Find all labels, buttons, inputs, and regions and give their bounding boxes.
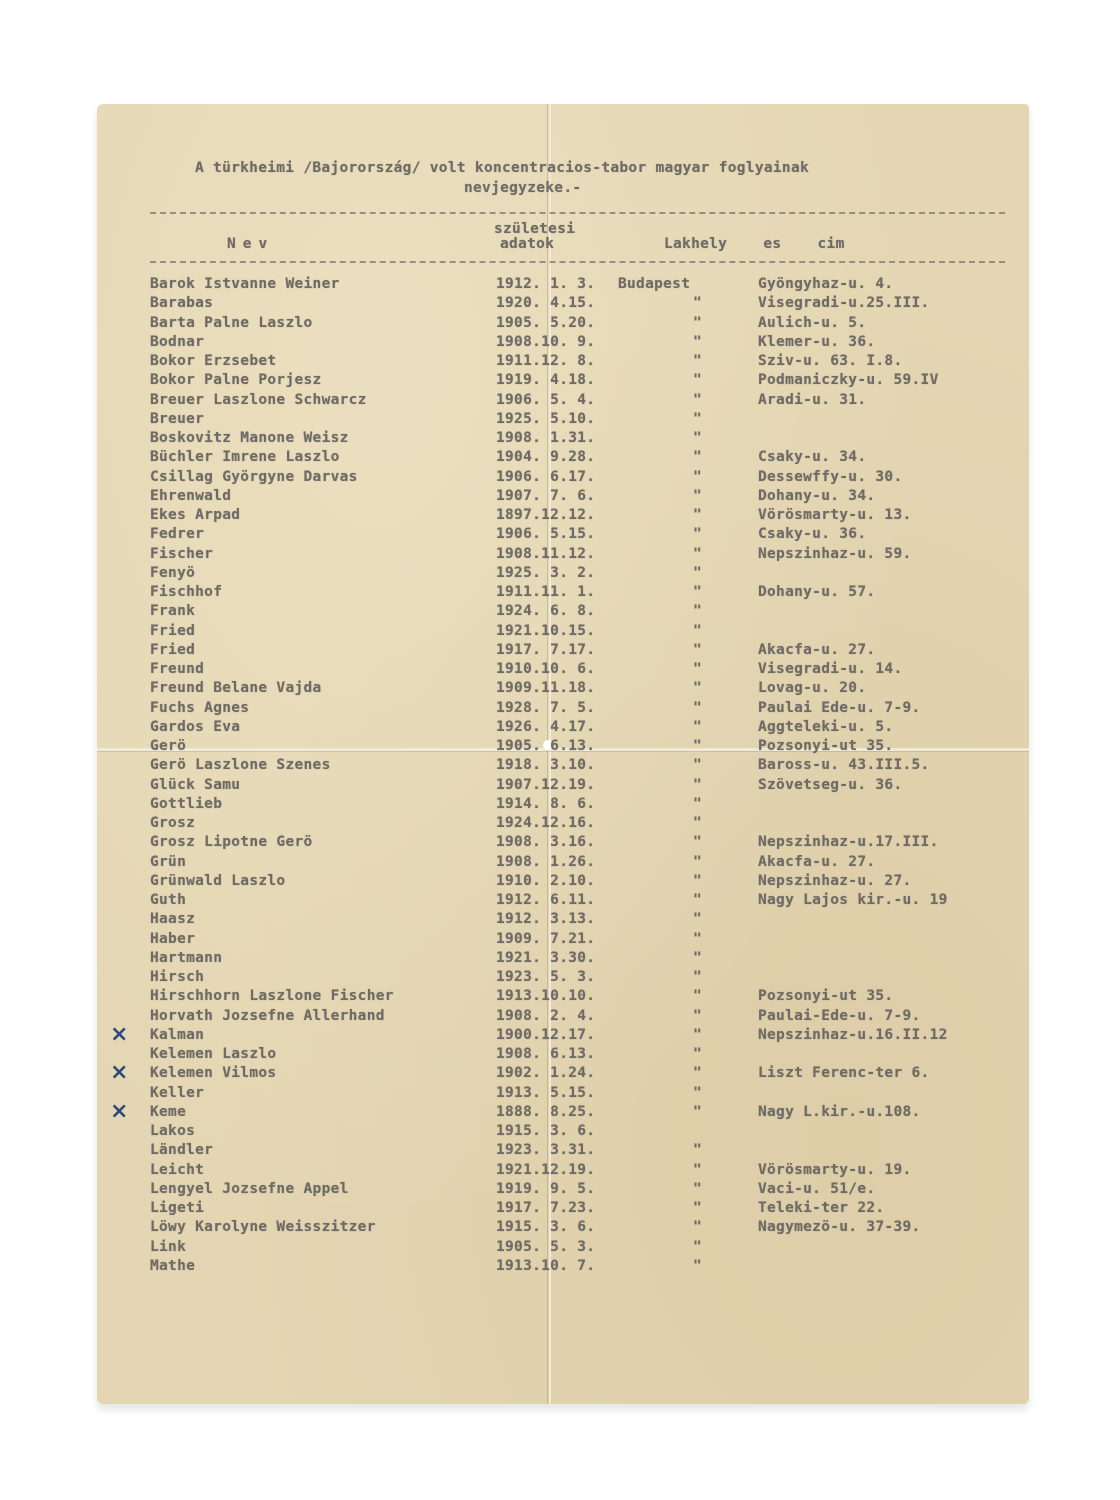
list-item-surname: Lakos — [150, 1123, 195, 1139]
list-item-street: Nepszinhaz-u. 27. — [758, 873, 912, 889]
list-item-birth-date: 1906. 5. 4. — [496, 392, 595, 408]
list-item-birth-date: 1908.10. 9. — [496, 334, 595, 350]
list-item-ditto-mark: " — [693, 642, 702, 658]
list-item-street: Paulai-Ede-u. 7-9. — [758, 1008, 921, 1024]
list-item-street: Csaky-u. 34. — [758, 449, 866, 465]
list-item-surname: Hirsch — [150, 969, 204, 985]
list-item-ditto-mark: " — [693, 507, 702, 523]
header-residence: Lakhely es cim — [664, 236, 845, 252]
list-item-birth-date: 1908. 1.26. — [496, 854, 595, 870]
list-item-birth-date: 1888. 8.25. — [496, 1104, 595, 1120]
list-item-birth-date: 1925. 5.10. — [496, 411, 595, 427]
list-item-ditto-mark: " — [693, 1200, 702, 1216]
list-item-surname: Lengyel Jozsefne Appel — [150, 1181, 349, 1197]
list-item-street: Nagymezö-u. 37-39. — [758, 1219, 921, 1235]
list-item-ditto-mark: " — [693, 777, 702, 793]
list-item-ditto-mark: " — [693, 488, 702, 504]
list-item-surname: Hartmann — [150, 950, 222, 966]
list-item-birth-date: 1912. 1. 3. — [496, 276, 595, 292]
list-item-street: Lovag-u. 20. — [758, 680, 866, 696]
list-item-birth-date: 1919. 4.18. — [496, 372, 595, 388]
list-item-surname: Bokor Palne Porjesz — [150, 372, 322, 388]
list-item-street: Podmaniczky-u. 59.IV — [758, 372, 939, 388]
handwritten-x-mark: × — [110, 1022, 128, 1047]
list-item-street: Vaci-u. 51/e. — [758, 1181, 875, 1197]
list-item-ditto-mark: " — [693, 469, 702, 485]
list-item-birth-date: 1897.12.12. — [496, 507, 595, 523]
list-item-birth-date: 1906. 5.15. — [496, 526, 595, 542]
list-item-surname: Guth — [150, 892, 186, 908]
list-item-street: Szövetseg-u. 36. — [758, 777, 902, 793]
list-item-ditto-mark: " — [693, 988, 702, 1004]
list-item-street: Dessewffy-u. 30. — [758, 469, 902, 485]
list-item-ditto-mark: " — [693, 796, 702, 812]
list-item-ditto-mark: " — [693, 584, 702, 600]
list-item-birth-date: 1912. 6.11. — [496, 892, 595, 908]
list-item-birth-date: 1913.10. 7. — [496, 1258, 595, 1274]
list-item-birth-date: 1928. 7. 5. — [496, 700, 595, 716]
list-item-street: Vörösmarty-u. 19. — [758, 1162, 912, 1178]
list-item-street: Aulich-u. 5. — [758, 315, 866, 331]
list-item-ditto-mark: " — [693, 969, 702, 985]
list-item-birth-date: 1911.11. 1. — [496, 584, 595, 600]
list-item-surname: Breuer — [150, 411, 204, 427]
list-item-birth-date: 1924. 6. 8. — [496, 603, 595, 619]
list-item-surname: Gardos Eva — [150, 719, 240, 735]
list-item-birth-date: 1915. 3. 6. — [496, 1219, 595, 1235]
list-item-birth-date: 1905. 5.20. — [496, 315, 595, 331]
list-item-street: Gyöngyhaz-u. 4. — [758, 276, 893, 292]
header-name: Nev — [227, 236, 274, 252]
list-item-birth-date: 1900.12.17. — [496, 1027, 595, 1043]
list-item-birth-date: 1913.10.10. — [496, 988, 595, 1004]
list-item-birth-date: 1908. 2. 4. — [496, 1008, 595, 1024]
list-item-surname: Freund Belane Vajda — [150, 680, 322, 696]
list-item-surname: Keme — [150, 1104, 186, 1120]
list-item-ditto-mark: " — [693, 1239, 702, 1255]
list-item-birth-date: 1907.12.19. — [496, 777, 595, 793]
list-item-ditto-mark: " — [693, 1219, 702, 1235]
list-item-surname: Gerö Laszlone Szenes — [150, 757, 331, 773]
list-item-surname: Ekes Arpad — [150, 507, 240, 523]
list-item-birth-date: 1921.12.19. — [496, 1162, 595, 1178]
list-item-birth-date: 1914. 8. 6. — [496, 796, 595, 812]
list-item-ditto-mark: " — [693, 372, 702, 388]
list-item-ditto-mark: " — [693, 1008, 702, 1024]
list-item-birth-date: 1923. 3.31. — [496, 1142, 595, 1158]
list-item-ditto-mark: " — [693, 449, 702, 465]
list-item-surname: Boskovitz Manone Weisz — [150, 430, 349, 446]
list-item-birth-date: 1921. 3.30. — [496, 950, 595, 966]
list-item-surname: Fischer — [150, 546, 213, 562]
list-item-surname: Fried — [150, 642, 195, 658]
header-birth-data: adatok — [500, 236, 554, 252]
list-item-surname: Ligeti — [150, 1200, 204, 1216]
list-item-street: Akacfa-u. 27. — [758, 854, 875, 870]
list-item-birth-date: 1902. 1.24. — [496, 1065, 595, 1081]
list-item-birth-date: 1904. 9.28. — [496, 449, 595, 465]
list-item-surname: Ländler — [150, 1142, 213, 1158]
list-item-surname: Fenyö — [150, 565, 195, 581]
list-item-birth-date: 1917. 7.23. — [496, 1200, 595, 1216]
list-item-ditto-mark: " — [693, 334, 702, 350]
list-item-ditto-mark: " — [693, 719, 702, 735]
list-item-ditto-mark: " — [693, 873, 702, 889]
list-item-street: Vörösmarty-u. 13. — [758, 507, 912, 523]
list-item-surname: Breuer Laszlone Schwarcz — [150, 392, 367, 408]
list-item-ditto-mark: " — [693, 661, 702, 677]
list-item-surname: Mathe — [150, 1258, 195, 1274]
list-item-ditto-mark: " — [693, 757, 702, 773]
list-item-surname: Kalman — [150, 1027, 204, 1043]
list-item-surname: Fuchs Agnes — [150, 700, 249, 716]
list-item-birth-date: 1909.11.18. — [496, 680, 595, 696]
list-item-surname: Frank — [150, 603, 195, 619]
list-item-birth-date: 1908. 1.31. — [496, 430, 595, 446]
list-item-street: Visegradi-u.25.III. — [758, 295, 930, 311]
list-item-street: Paulai Ede-u. 7-9. — [758, 700, 921, 716]
list-item-birth-date: 1906. 6.17. — [496, 469, 595, 485]
list-item-surname: Grünwald Laszlo — [150, 873, 285, 889]
handwritten-x-mark: × — [110, 1099, 128, 1124]
list-item-street: Nepszinhaz-u.17.III. — [758, 834, 939, 850]
list-item-surname: Fedrer — [150, 526, 204, 542]
list-item-ditto-mark: " — [693, 353, 702, 369]
list-item-surname: Hirschhorn Laszlone Fischer — [150, 988, 394, 1004]
list-item-street: Nagy L.kir.-u.108. — [758, 1104, 921, 1120]
list-item-birth-date: 1924.12.16. — [496, 815, 595, 831]
list-item-surname: Link — [150, 1239, 186, 1255]
list-item-street: Pozsonyi-ut 35. — [758, 738, 893, 754]
list-item-birth-date: 1910.10. 6. — [496, 661, 595, 677]
list-item-birth-date: 1905. 6.13. — [496, 738, 595, 754]
list-item-surname: Büchler Imrene Laszlo — [150, 449, 340, 465]
list-item-birth-date: 1908. 6.13. — [496, 1046, 595, 1062]
list-item-street: Liszt Ferenc-ter 6. — [758, 1065, 930, 1081]
list-item-surname: Csillag Györgyne Darvas — [150, 469, 358, 485]
list-item-ditto-mark: " — [693, 680, 702, 696]
list-item-ditto-mark: " — [693, 892, 702, 908]
list-item-city: Budapest — [618, 276, 690, 292]
list-item-surname: Gottlieb — [150, 796, 222, 812]
list-item-ditto-mark: " — [693, 546, 702, 562]
list-item-street: Aradi-u. 31. — [758, 392, 866, 408]
list-item-ditto-mark: " — [693, 854, 702, 870]
list-item-birth-date: 1921.10.15. — [496, 623, 595, 639]
header-rule-top — [150, 212, 1005, 214]
list-item-ditto-mark: " — [693, 1065, 702, 1081]
list-item-ditto-mark: " — [693, 1142, 702, 1158]
list-item-street: Baross-u. 43.III.5. — [758, 757, 930, 773]
list-item-surname: Freund — [150, 661, 204, 677]
list-item-birth-date: 1926. 4.17. — [496, 719, 595, 735]
list-item-street: Nepszinhaz-u.16.II.12 — [758, 1027, 948, 1043]
list-item-surname: Löwy Karolyne Weisszitzer — [150, 1219, 376, 1235]
list-item-ditto-mark: " — [693, 392, 702, 408]
list-item-surname: Haasz — [150, 911, 195, 927]
list-item-birth-date: 1905. 5. 3. — [496, 1239, 595, 1255]
list-item-street: Dohany-u. 57. — [758, 584, 875, 600]
list-item-birth-date: 1912. 3.13. — [496, 911, 595, 927]
list-item-ditto-mark: " — [693, 430, 702, 446]
list-item-surname: Glück Samu — [150, 777, 240, 793]
list-item-birth-date: 1913. 5.15. — [496, 1085, 595, 1101]
list-item-ditto-mark: " — [693, 931, 702, 947]
list-item-surname: Grün — [150, 854, 186, 870]
list-item-birth-date: 1919. 9. 5. — [496, 1181, 595, 1197]
list-item-surname: Kelemen Vilmos — [150, 1065, 276, 1081]
list-item-ditto-mark: " — [693, 1181, 702, 1197]
list-item-ditto-mark: " — [693, 623, 702, 639]
list-item-surname: Keller — [150, 1085, 204, 1101]
list-item-surname: Leicht — [150, 1162, 204, 1178]
list-item-birth-date: 1911.12. 8. — [496, 353, 595, 369]
list-item-surname: Fried — [150, 623, 195, 639]
list-item-surname: Bokor Erzsebet — [150, 353, 276, 369]
list-item-surname: Gerö — [150, 738, 186, 754]
list-item-birth-date: 1908. 3.16. — [496, 834, 595, 850]
list-item-birth-date: 1908.11.12. — [496, 546, 595, 562]
list-item-surname: Barok Istvanne Weiner — [150, 276, 340, 292]
list-item-street: Pozsonyi-ut 35. — [758, 988, 893, 1004]
list-item-birth-date: 1907. 7. 6. — [496, 488, 595, 504]
list-item-ditto-mark: " — [693, 411, 702, 427]
list-item-surname: Barta Palne Laszlo — [150, 315, 313, 331]
list-item-surname: Horvath Jozsefne Allerhand — [150, 1008, 385, 1024]
list-item-birth-date: 1917. 7.17. — [496, 642, 595, 658]
list-item-ditto-mark: " — [693, 295, 702, 311]
list-item-ditto-mark: " — [693, 1162, 702, 1178]
list-item-ditto-mark: " — [693, 738, 702, 754]
list-item-ditto-mark: " — [693, 1046, 702, 1062]
list-item-surname: Fischhof — [150, 584, 222, 600]
list-item-street: Dohany-u. 34. — [758, 488, 875, 504]
list-item-street: Aggteleki-u. 5. — [758, 719, 893, 735]
list-item-surname: Haber — [150, 931, 195, 947]
list-item-ditto-mark: " — [693, 526, 702, 542]
list-item-street: Visegradi-u. 14. — [758, 661, 902, 677]
list-item-ditto-mark: " — [693, 1104, 702, 1120]
header-rule-bottom — [150, 261, 1005, 263]
document-title-cont: nevjegyzeke.- — [464, 180, 581, 196]
list-item-birth-date: 1909. 7.21. — [496, 931, 595, 947]
list-item-ditto-mark: " — [693, 1085, 702, 1101]
header-birth: születesi — [494, 221, 575, 237]
list-item-street: Sziv-u. 63. I.8. — [758, 353, 902, 369]
list-item-ditto-mark: " — [693, 700, 702, 716]
list-item-street: Csaky-u. 36. — [758, 526, 866, 542]
list-item-ditto-mark: " — [693, 565, 702, 581]
list-item-ditto-mark: " — [693, 950, 702, 966]
list-item-ditto-mark: " — [693, 1258, 702, 1274]
list-item-ditto-mark: " — [693, 834, 702, 850]
list-item-surname: Grosz Lipotne Gerö — [150, 834, 313, 850]
list-item-surname: Kelemen Laszlo — [150, 1046, 276, 1062]
list-item-ditto-mark: " — [693, 315, 702, 331]
list-item-ditto-mark: " — [693, 911, 702, 927]
list-item-ditto-mark: " — [693, 815, 702, 831]
list-item-street: Akacfa-u. 27. — [758, 642, 875, 658]
list-item-surname: Bodnar — [150, 334, 204, 350]
list-item-ditto-mark: " — [693, 603, 702, 619]
list-item-street: Nagy Lajos kir.-u. 19 — [758, 892, 948, 908]
document-title: A türkheimi /Bajorország/ volt koncentra… — [195, 160, 809, 176]
list-item-street: Klemer-u. 36. — [758, 334, 875, 350]
list-item-birth-date: 1925. 3. 2. — [496, 565, 595, 581]
handwritten-x-mark: × — [110, 1060, 128, 1085]
list-item-birth-date: 1920. 4.15. — [496, 295, 595, 311]
list-item-ditto-mark: " — [693, 1027, 702, 1043]
list-item-street: Teleki-ter 22. — [758, 1200, 884, 1216]
list-item-birth-date: 1923. 5. 3. — [496, 969, 595, 985]
list-item-birth-date: 1918. 3.10. — [496, 757, 595, 773]
list-item-surname: Barabas — [150, 295, 213, 311]
list-item-surname: Ehrenwald — [150, 488, 231, 504]
list-item-birth-date: 1910. 2.10. — [496, 873, 595, 889]
list-item-street: Nepszinhaz-u. 59. — [758, 546, 912, 562]
list-item-birth-date: 1915. 3. 6. — [496, 1123, 595, 1139]
list-item-surname: Grosz — [150, 815, 195, 831]
